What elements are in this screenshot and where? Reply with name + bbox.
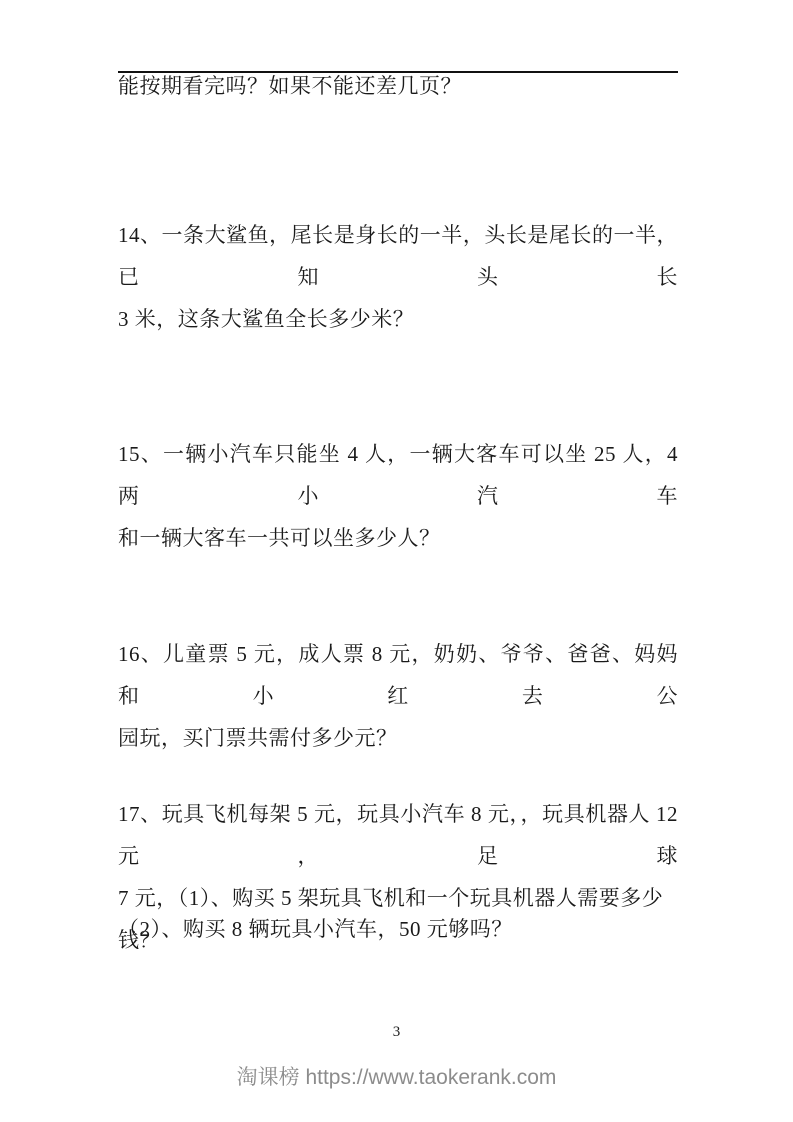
worksheet-page: 能按期看完吗？如果不能还差几页？ 14、一条大鲨鱼，尾长是身长的一半，头长是尾长… xyxy=(0,0,793,1122)
question-17-part-2: （2）、购买 8 辆玩具小汽车，50 元够吗？ xyxy=(118,908,678,950)
question-16: 16、儿童票 5 元，成人票 8 元，奶奶、爷爷、爸爸、妈妈和小红去公 园玩，买… xyxy=(118,633,678,759)
question-14-line-1: 14、一条大鲨鱼，尾长是身长的一半，头长是尾长的一半，已知头长 xyxy=(118,214,678,298)
question-17-line-1: 17、玩具飞机每架 5 元，玩具小汽车 8 元，，玩具机器人 12 元，足球 xyxy=(118,793,678,877)
page-number: 3 xyxy=(0,1022,793,1042)
question-15-line-2: 和一辆大客车一共可以坐多少人？ xyxy=(118,517,678,559)
question-16-line-1: 16、儿童票 5 元，成人票 8 元，奶奶、爷爷、爸爸、妈妈和小红去公 xyxy=(118,633,678,717)
question-13-continuation: 能按期看完吗？如果不能还差几页？ xyxy=(118,65,678,107)
question-13-continuation-text: 能按期看完吗？如果不能还差几页？ xyxy=(118,65,678,107)
question-16-line-2: 园玩，买门票共需付多少元？ xyxy=(118,717,678,759)
question-14: 14、一条大鲨鱼，尾长是身长的一半，头长是尾长的一半，已知头长 3 米，这条大鲨… xyxy=(118,214,678,340)
question-17-part-2-text: （2）、购买 8 辆玩具小汽车，50 元够吗？ xyxy=(118,908,678,950)
watermark: 淘课榜 https://www.taokerank.com xyxy=(0,1064,793,1092)
question-15-line-1: 15、一辆小汽车只能坐 4 人，一辆大客车可以坐 25 人，4 两小汽车 xyxy=(118,433,678,517)
question-15: 15、一辆小汽车只能坐 4 人，一辆大客车可以坐 25 人，4 两小汽车 和一辆… xyxy=(118,433,678,559)
question-14-line-2: 3 米，这条大鲨鱼全长多少米？ xyxy=(118,298,678,340)
